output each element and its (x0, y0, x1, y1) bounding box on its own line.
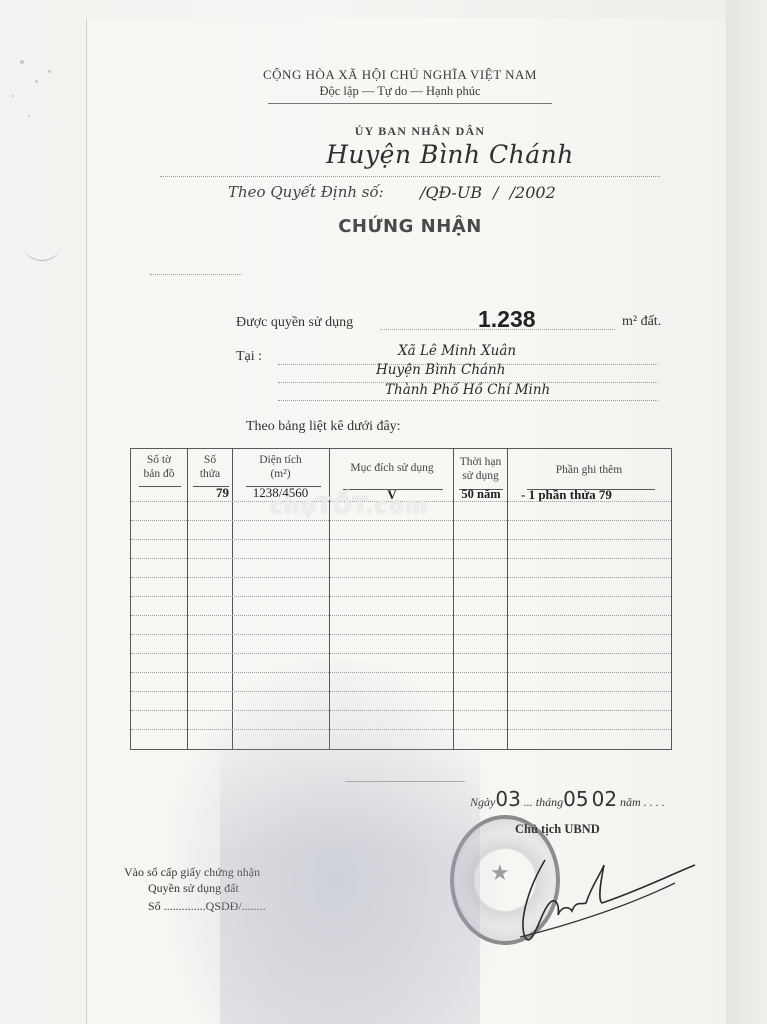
back-sheet-mark (24, 232, 60, 261)
table-row-line (131, 596, 671, 597)
register-line-2: Quyền sử dụng đất (148, 881, 239, 896)
table-row-line (131, 558, 671, 559)
table-row-line (131, 710, 671, 711)
table-row-line (131, 634, 671, 635)
land-area: 1.238 (478, 306, 536, 333)
dotted-line (278, 400, 658, 401)
header-underline (139, 486, 181, 487)
district-name: Huyện Bình Chánh (220, 140, 680, 169)
speckle (12, 95, 14, 97)
register-line-1: Vào sổ cấp giấy chứng nhận (124, 865, 260, 880)
table-row-line (131, 672, 671, 673)
usage-label: Được quyền sử dụng (236, 315, 353, 331)
dotted-line (160, 176, 660, 177)
header-notes: Phần ghi thêm (509, 463, 669, 477)
date-month: 05 (563, 787, 588, 811)
signature (500, 845, 700, 955)
certificate-title: CHỨNG NHẬN (220, 216, 600, 237)
table-row-line (131, 577, 671, 578)
address-district: Huyện Bình Chánh (376, 362, 505, 378)
header-purpose: Mục đích sử dụng (331, 461, 453, 475)
table-row-line (131, 615, 671, 616)
speckle (28, 115, 30, 117)
location-label: Tại : (236, 349, 262, 365)
header-map-sheet: Số tờ bản đồ (133, 453, 185, 481)
page-edge (726, 0, 767, 1024)
address-city: Thành Phố Hồ Chí Minh (385, 382, 550, 398)
table-row-line (131, 729, 671, 730)
speckle (35, 80, 38, 83)
column-divider (187, 449, 188, 749)
divider (345, 781, 465, 782)
address-commune: Xã Lê Minh Xuân (398, 343, 516, 359)
nation-heading: CỘNG HÒA XÃ HỘI CHỦ NGHĨA VIỆT NAM (200, 67, 600, 83)
committee-heading: ỦY BAN NHÂN DÂN (220, 124, 620, 139)
issue-date: Ngày03 ... tháng05 02 năm . . . . (470, 787, 665, 811)
watermark: chợTỐT.com (270, 494, 429, 519)
date-day: 03 (495, 787, 520, 811)
header-term: Thời hạn sử dụng (454, 455, 507, 483)
date-year: 02 (592, 787, 617, 811)
table-row-line (131, 520, 671, 521)
list-intro: Theo bảng liệt kê dưới đây: (246, 419, 401, 435)
header-parcel: Số thửa (189, 453, 231, 481)
speckle (48, 70, 51, 73)
cell-parcel: 79 (191, 485, 229, 501)
dotted-line (150, 274, 242, 275)
header-area: Diện tích (m²) (233, 453, 328, 481)
table-row-line (131, 691, 671, 692)
cell-term: 50 năm (453, 487, 509, 502)
decision-label: Theo Quyết Định số: (228, 183, 384, 201)
speckle (20, 60, 24, 64)
decision-number: /QĐ-UB / /2002 (420, 183, 556, 202)
register-line-3: Số ..............QSDĐ/........ (148, 899, 266, 914)
motto-underline (268, 103, 552, 104)
area-unit: m² đất. (622, 314, 661, 330)
table-row-line (131, 653, 671, 654)
table-row-line (131, 539, 671, 540)
motto: Độc lập — Tự do — Hạnh phúc (200, 84, 600, 99)
